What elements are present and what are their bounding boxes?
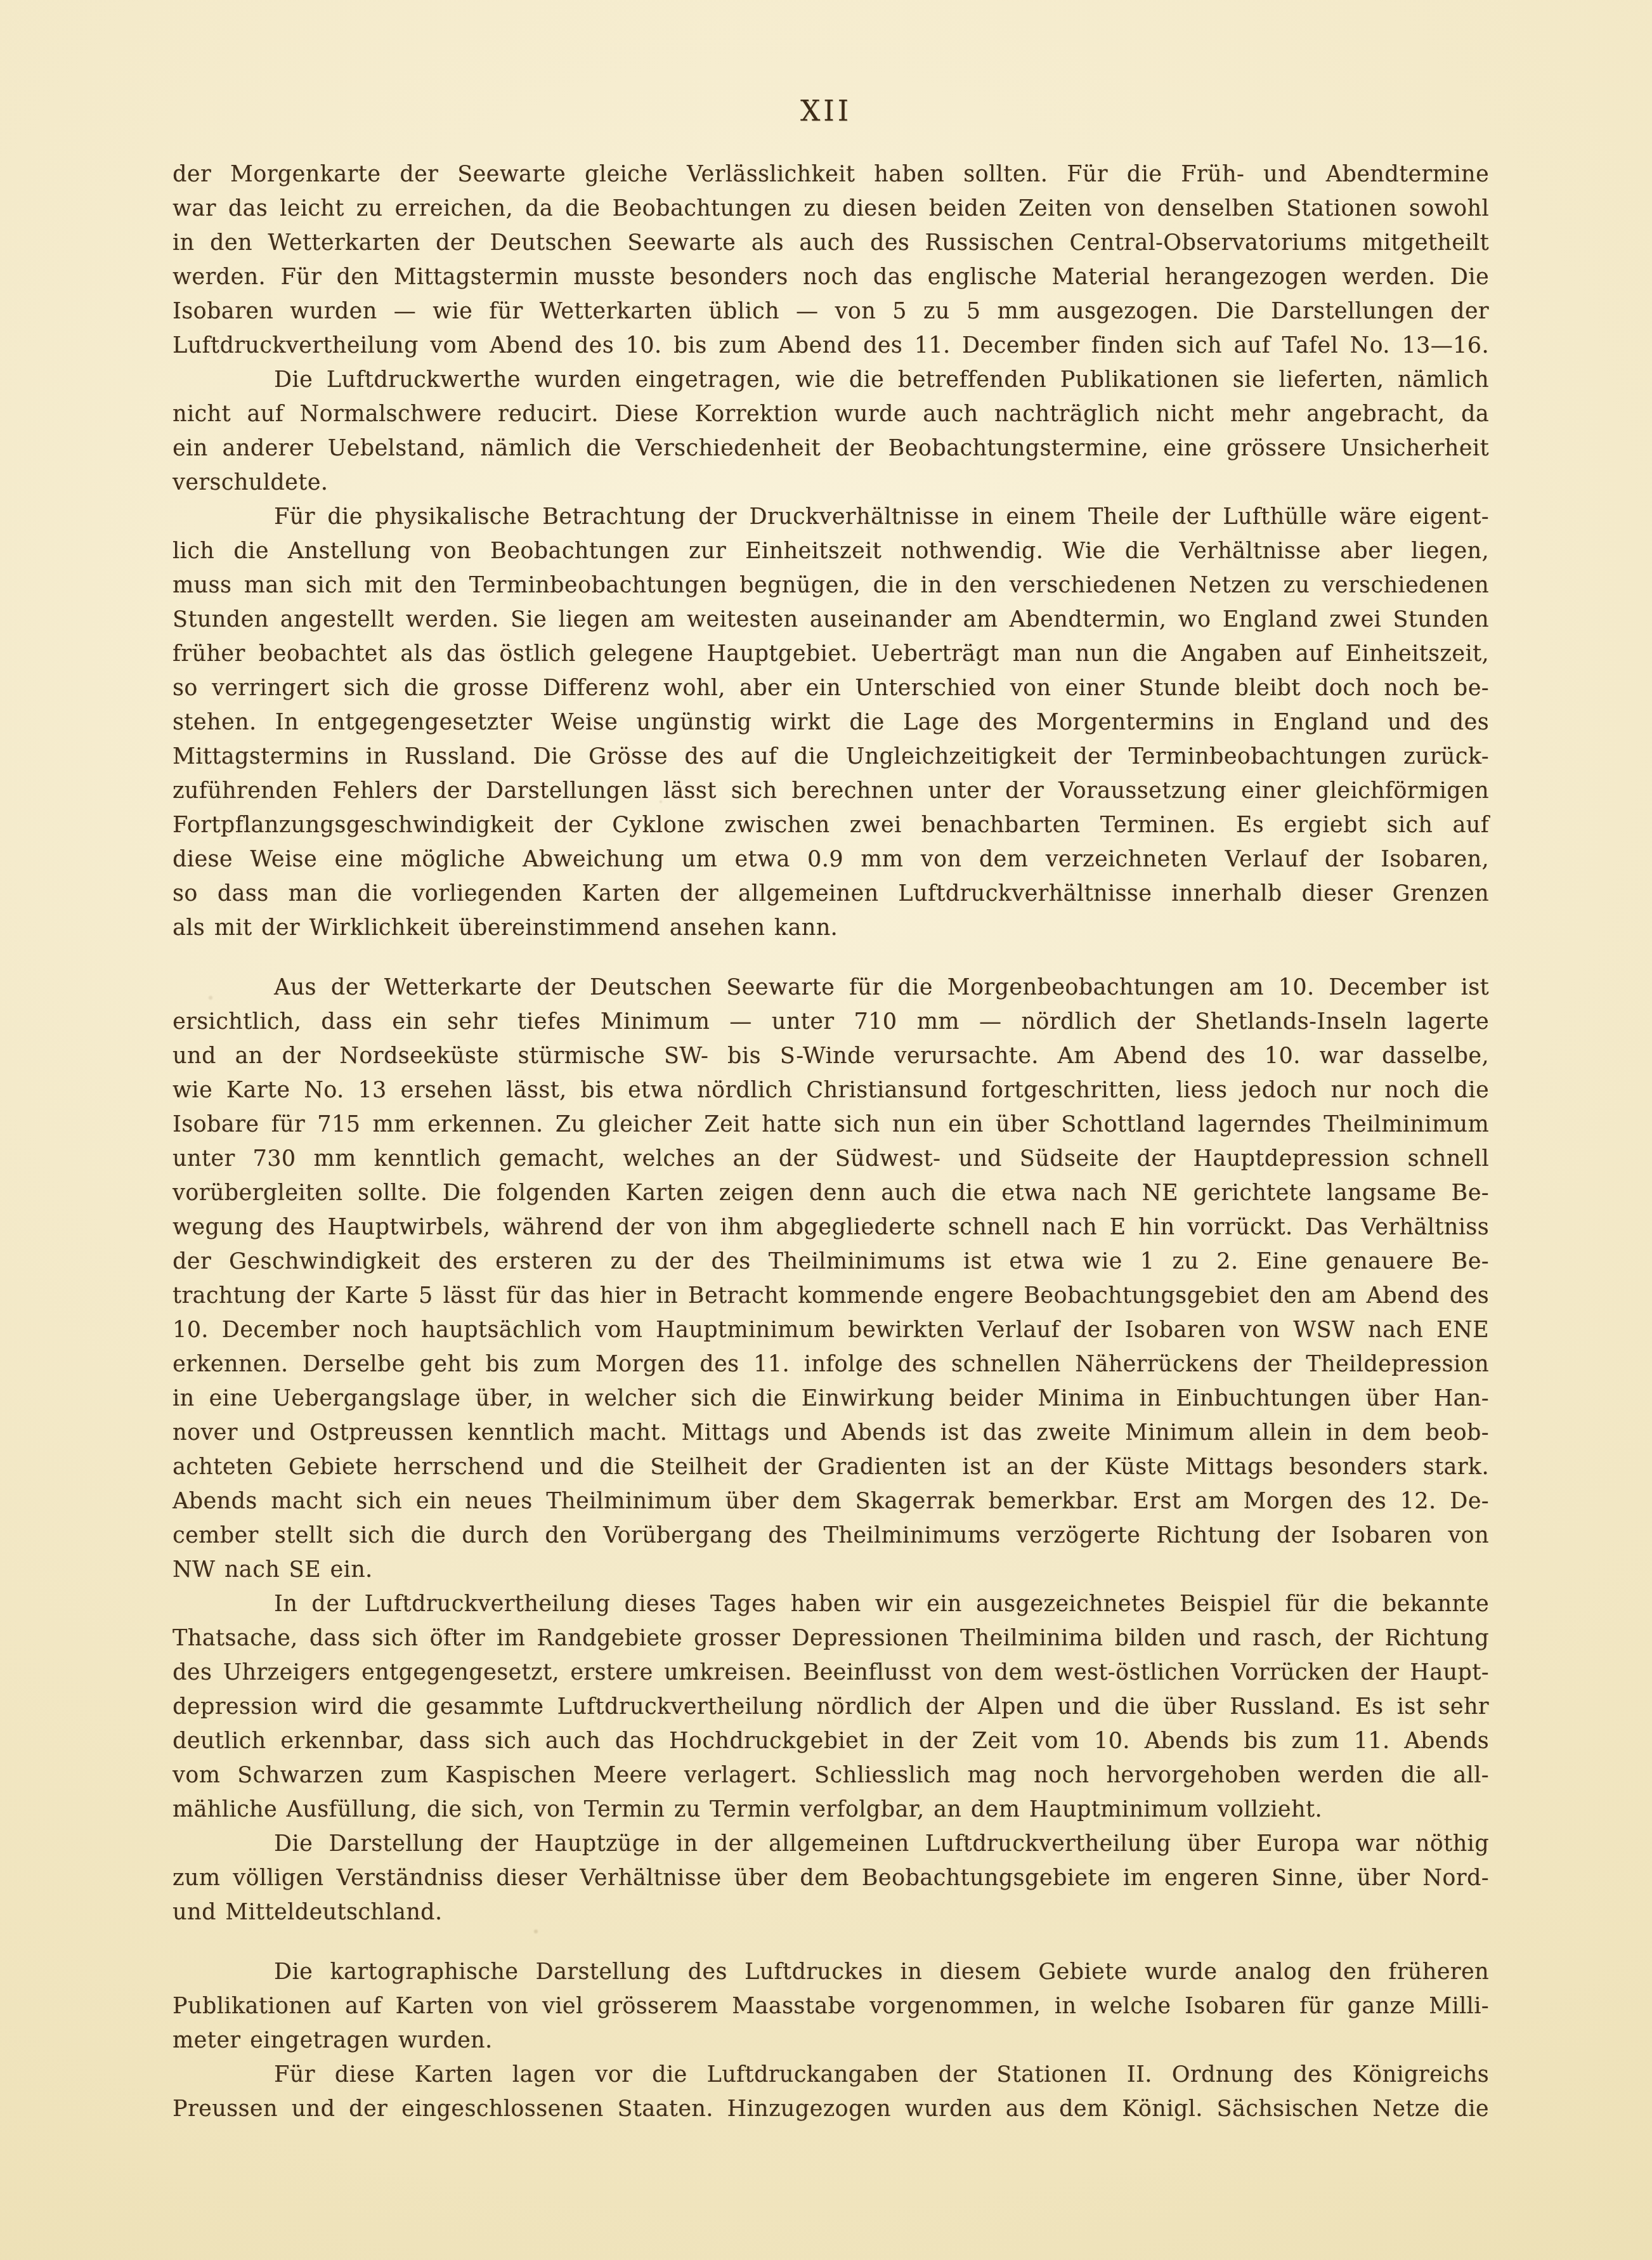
text-line: ein anderer Uebelstand, nämlich die Vers… [172, 431, 1489, 466]
text-line: 10. December noch hauptsächlich vom Haup… [172, 1313, 1489, 1347]
paper-specks [0, 0, 3, 3]
text-line: der Morgenkarte der Seewarte gleiche Ver… [172, 157, 1489, 192]
text-line: so verringert sich die grosse Differenz … [172, 671, 1489, 705]
text-line: trachtung der Karte 5 lässt für das hier… [172, 1279, 1489, 1313]
text-line: und an der Nordseeküste stürmische SW- b… [172, 1039, 1489, 1073]
text-line: vorübergleiten sollte. Die folgenden Kar… [172, 1176, 1489, 1210]
text-line: depression wird die gesammte Luftdruckve… [172, 1690, 1489, 1724]
text-line: unter 730 mm kenntlich gemacht, welches … [172, 1142, 1489, 1176]
text-line: Stunden angestellt werden. Sie liegen am… [172, 603, 1489, 637]
text-line: Preussen und der eingeschlossenen Staate… [172, 2092, 1489, 2126]
text-line: in den Wetterkarten der Deutschen Seewar… [172, 226, 1489, 260]
text-line: mähliche Ausfüllung, die sich, von Termi… [172, 1793, 1489, 1827]
text-line: Für diese Karten lagen vor die Luftdruck… [172, 2058, 1489, 2092]
text-line: ersichtlich, dass ein sehr tiefes Minimu… [172, 1005, 1489, 1039]
text-line: des Uhrzeigers entgegengesetzt, erstere … [172, 1656, 1489, 1690]
text-line: Aus der Wetterkarte der Deutschen Seewar… [172, 970, 1489, 1005]
text-line: stehen. In entgegengesetzter Weise ungün… [172, 705, 1489, 740]
text-line: Die Darstellung der Hauptzüge in der all… [172, 1827, 1489, 1861]
text-line: In der Luftdruckvertheilung dieses Tages… [172, 1587, 1489, 1621]
text-line: muss man sich mit den Terminbeobachtunge… [172, 568, 1489, 603]
text-line: zuführenden Fehlers der Darstellungen lä… [172, 774, 1489, 808]
page-number: XII [0, 95, 1652, 127]
text-line: Thatsache, dass sich öfter im Randgebiet… [172, 1621, 1489, 1656]
text-line: war das leicht zu erreichen, da die Beob… [172, 192, 1489, 226]
text-line: und Mitteldeutschland. [172, 1895, 1489, 1930]
text-line: früher beobachtet als das östlich gelege… [172, 637, 1489, 671]
text-line: zum völligen Verständniss dieser Verhält… [172, 1861, 1489, 1895]
text-line: Isobare für 715 mm erkennen. Zu gleicher… [172, 1107, 1489, 1142]
text-line: diese Weise eine mögliche Abweichung um … [172, 842, 1489, 877]
text-line: NW nach SE ein. [172, 1553, 1489, 1587]
text-line: Mittagstermins in Russland. Die Grösse d… [172, 740, 1489, 774]
text-line: Für die physikalische Betrachtung der Dr… [172, 500, 1489, 534]
text-line: der Geschwindigkeit des ersteren zu der … [172, 1244, 1489, 1279]
text-line: werden. Für den Mittagstermin musste bes… [172, 260, 1489, 294]
text-line: cember stellt sich die durch den Vorüber… [172, 1519, 1489, 1553]
text-line: Publikationen auf Karten von viel grösse… [172, 1989, 1489, 2023]
text-line: lich die Anstellung von Beobachtungen zu… [172, 534, 1489, 568]
text-line: in eine Uebergangslage über, in welcher … [172, 1381, 1489, 1416]
text-line: deutlich erkennbar, dass sich auch das H… [172, 1724, 1489, 1758]
text-line: Fortpflanzungsgeschwindigkeit der Cyklon… [172, 808, 1489, 842]
text-line: meter eingetragen wurden. [172, 2023, 1489, 2058]
text-column: der Morgenkarte der Seewarte gleiche Ver… [172, 157, 1489, 2126]
text-line: wegung des Hauptwirbels, während der von… [172, 1210, 1489, 1244]
text-line: als mit der Wirklichkeit übereinstimmend… [172, 911, 1489, 945]
text-line: wie Karte No. 13 ersehen lässt, bis etwa… [172, 1073, 1489, 1107]
text-line: Die kartographische Darstellung des Luft… [172, 1955, 1489, 1989]
text-line: achteten Gebiete herrschend und die Stei… [172, 1450, 1489, 1484]
text-line: Luftdruckvertheilung vom Abend des 10. b… [172, 329, 1489, 363]
text-line: so dass man die vorliegenden Karten der … [172, 877, 1489, 911]
text-line: Die Luftdruckwerthe wurden eingetragen, … [172, 363, 1489, 397]
text-line: nicht auf Normalschwere reducirt. Diese … [172, 397, 1489, 431]
text-line: Abends macht sich ein neues Theilminimum… [172, 1484, 1489, 1519]
scanned-page: XII der Morgenkarte der Seewarte gleiche… [0, 0, 1652, 2260]
text-line: erkennen. Derselbe geht bis zum Morgen d… [172, 1347, 1489, 1381]
text-line: verschuldete. [172, 466, 1489, 500]
text-line: Isobaren wurden — wie für Wetterkarten ü… [172, 294, 1489, 329]
text-line: nover und Ostpreussen kenntlich macht. M… [172, 1416, 1489, 1450]
text-line: vom Schwarzen zum Kaspischen Meere verla… [172, 1758, 1489, 1793]
